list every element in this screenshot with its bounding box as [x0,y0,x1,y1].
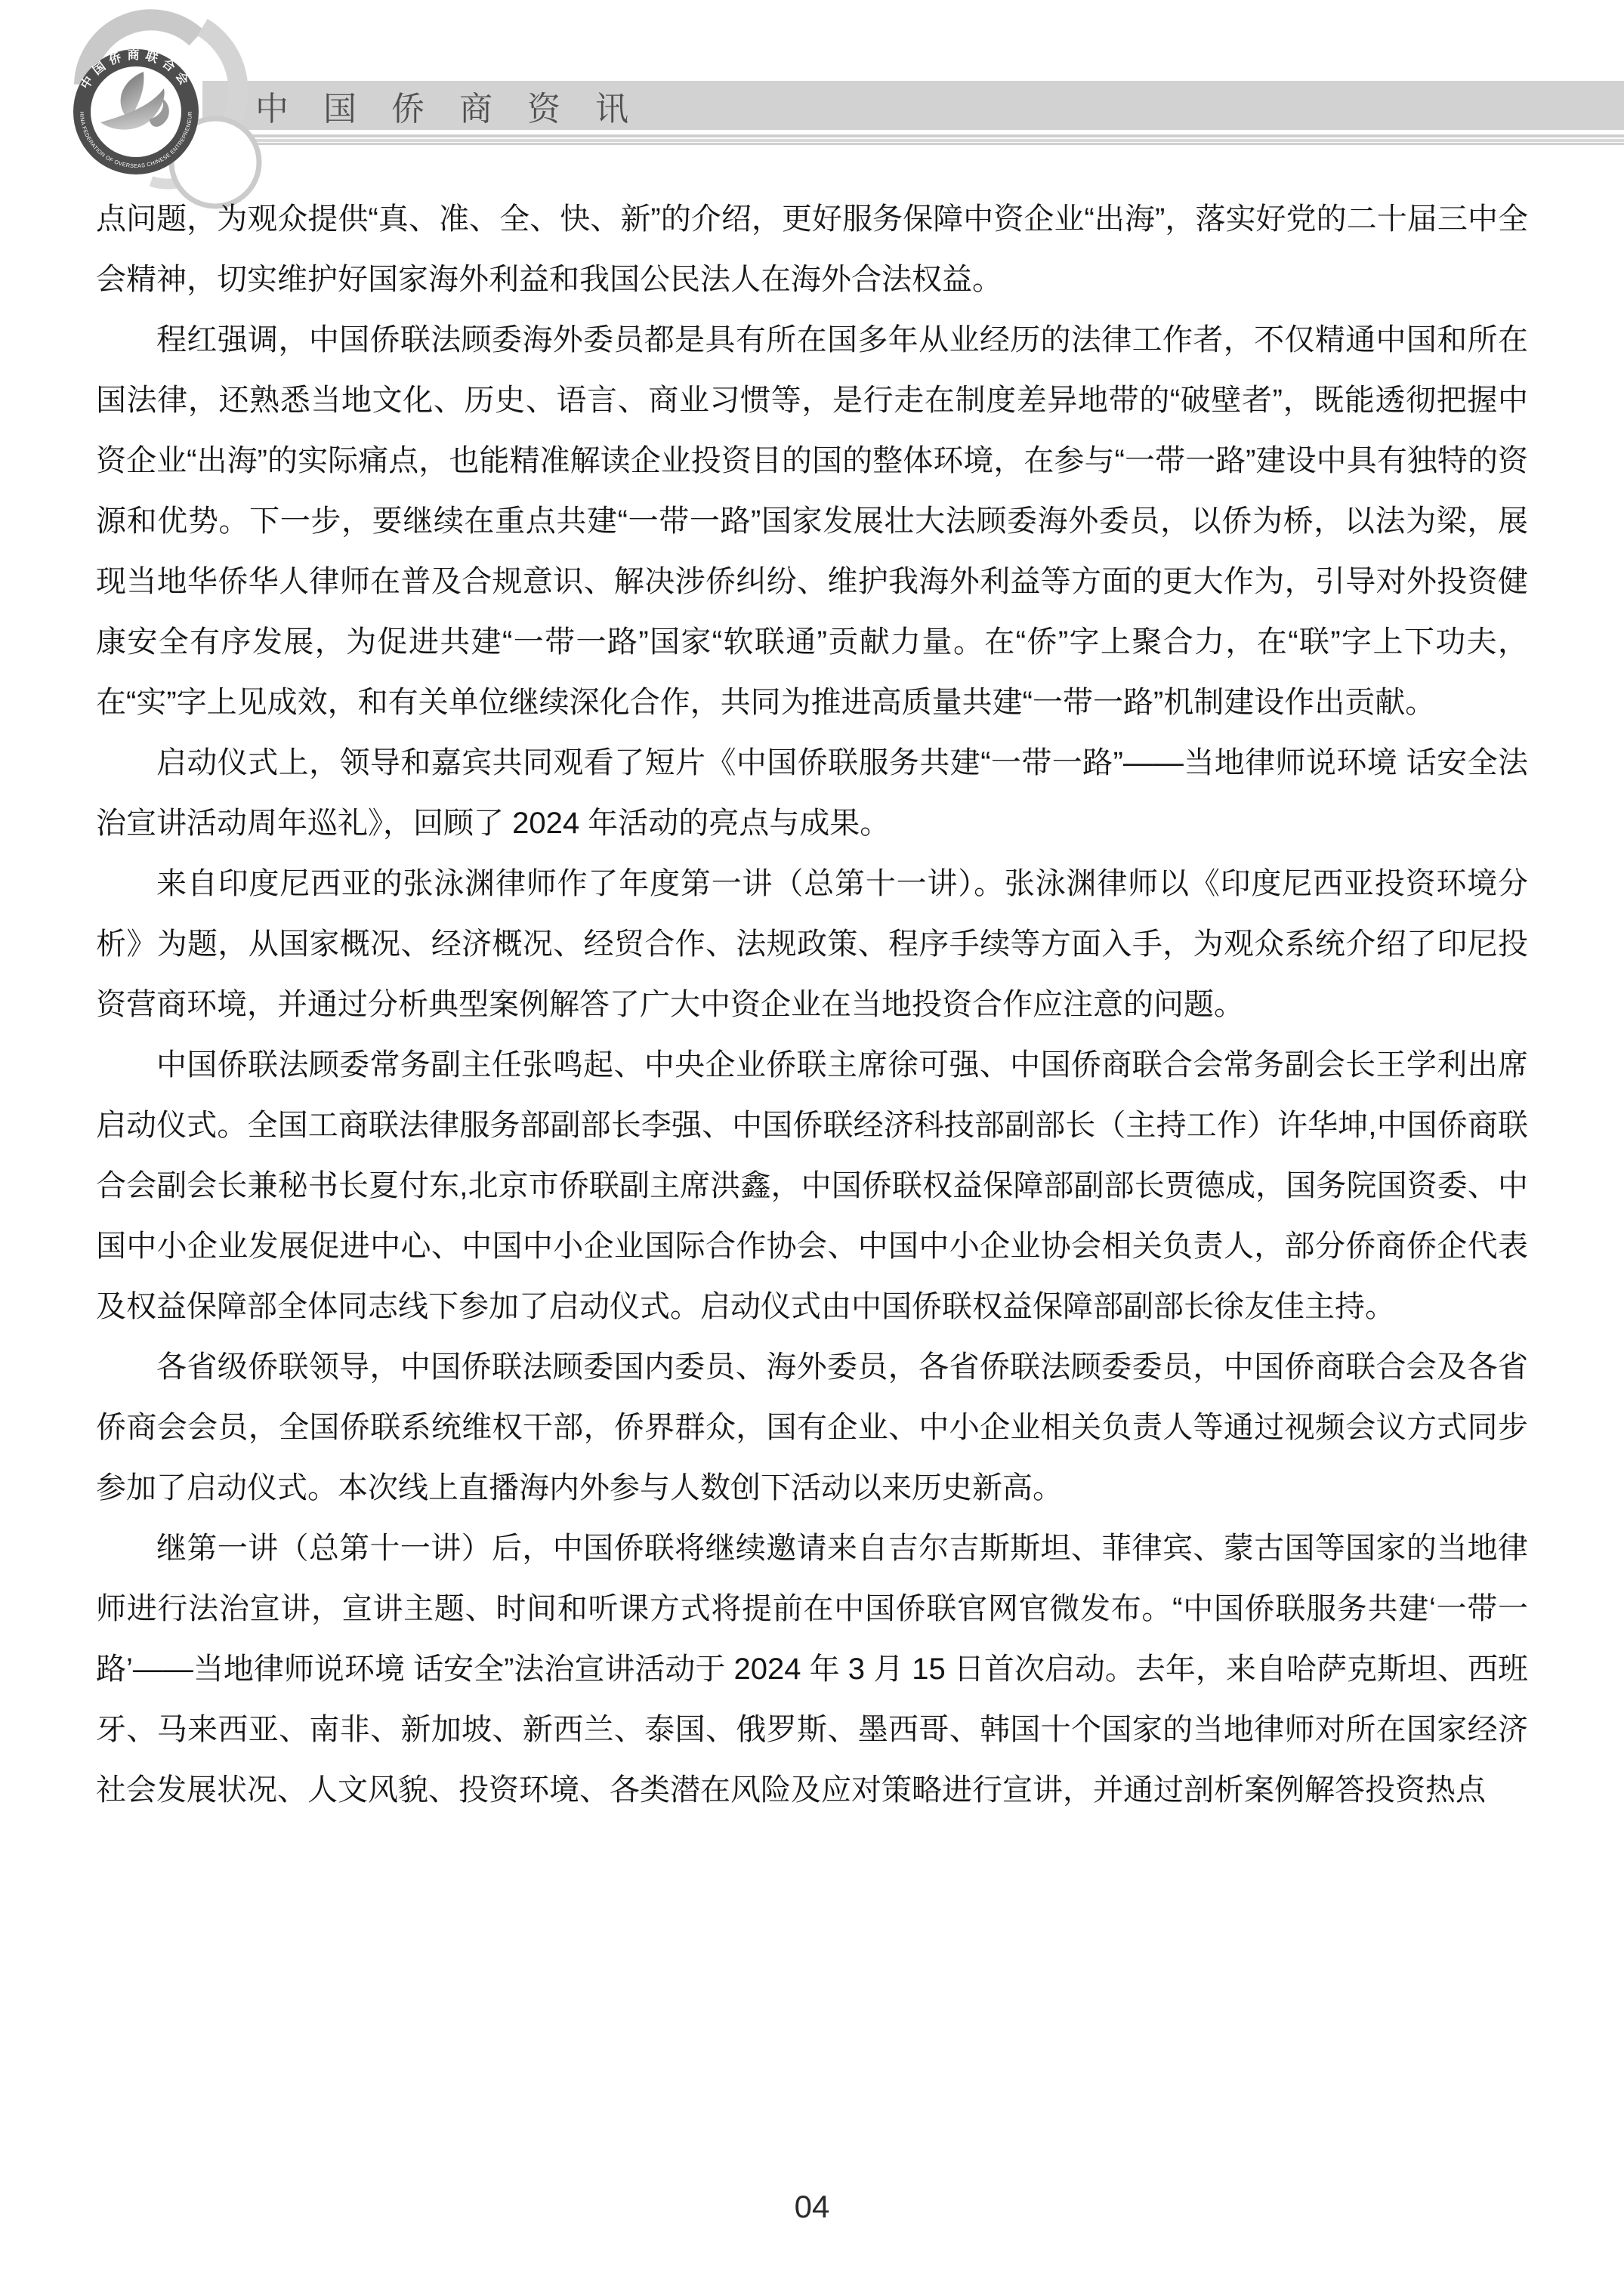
article-paragraph: 程红强调，中国侨联法顾委海外委员都是具有所在国多年从业经历的法律工作者，不仅精通… [96,310,1528,733]
header-banner: 中国侨商资讯 [202,81,1624,130]
page-number: 04 [0,2189,1624,2225]
header-stripes [202,134,1624,145]
article-paragraph: 来自印度尼西亚的张泳渊律师作了年度第一讲（总第十一讲）。张泳渊律师以《印度尼西亚… [96,853,1528,1035]
article-body: 点问题，为观众提供“真、准、全、快、新”的介绍，更好服务保障中资企业“出海”，落… [96,189,1528,1820]
article-paragraph: 继第一讲（总第十一讲）后，中国侨联将继续邀请来自吉尔吉斯斯坦、菲律宾、蒙古国等国… [96,1518,1528,1820]
article-paragraph: 各省级侨联领导，中国侨联法顾委国内委员、海外委员，各省侨联法顾委委员，中国侨商联… [96,1337,1528,1518]
article-paragraph: 中国侨联法顾委常务副主任张鸣起、中央企业侨联主席徐可强、中国侨商联合会常务副会长… [96,1035,1528,1337]
article-paragraph: 启动仪式上，领导和嘉宾共同观看了短片《中国侨联服务共建“一带一路”——当地律师说… [96,733,1528,853]
article-paragraph: 点问题，为观众提供“真、准、全、快、新”的介绍，更好服务保障中资企业“出海”，落… [96,189,1528,310]
document-page: 中国侨商资讯 [0,0,1624,2293]
federation-logo: 中国侨商联合会 CHINA FEDERATION OF OVERSEAS CHI… [30,0,378,219]
